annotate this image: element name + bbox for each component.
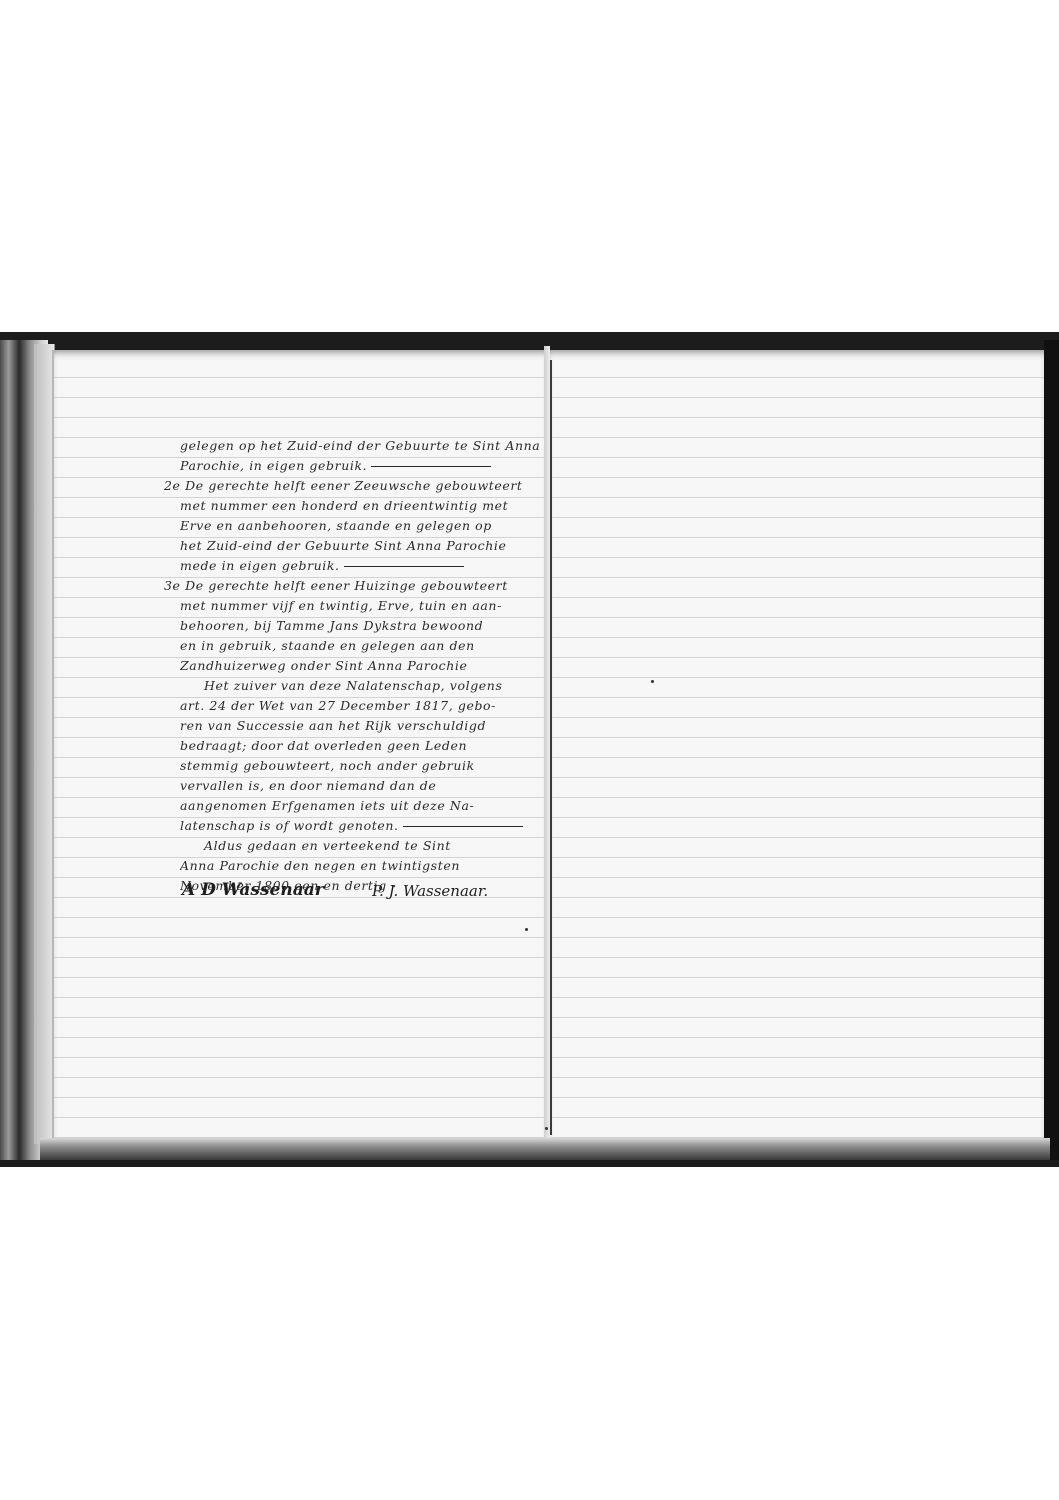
handwritten-line: Aldus gedaan en verteekend te Sint bbox=[180, 836, 552, 856]
line-text: Zandhuizerweg onder Sint Anna Parochie bbox=[180, 658, 467, 673]
line-text: bedraagt; door dat overleden geen Leden bbox=[180, 738, 467, 753]
line-text: Het zuiver van deze Nalatenschap, volgen… bbox=[204, 678, 502, 693]
handwritten-line: ren van Successie aan het Rijk verschuld… bbox=[180, 716, 552, 736]
handwritten-line: Zandhuizerweg onder Sint Anna Parochie bbox=[180, 656, 552, 676]
paper-speck bbox=[525, 928, 528, 931]
line-text: gelegen op het Zuid-eind der Gebuurte te… bbox=[180, 438, 540, 453]
signatures: A D Wassenaar P. J. Wassenaar. bbox=[182, 880, 542, 910]
handwritten-line: Het zuiver van deze Nalatenschap, volgen… bbox=[180, 676, 552, 696]
handwritten-line: met nummer een honderd en drieentwintig … bbox=[180, 496, 552, 516]
handwritten-line: aangenomen Erfgenamen iets uit deze Na- bbox=[180, 796, 552, 816]
handwritten-line: met nummer vijf en twintig, Erve, tuin e… bbox=[180, 596, 552, 616]
line-text: vervallen is, en door niemand dan de bbox=[180, 778, 436, 793]
handwritten-line: vervallen is, en door niemand dan de bbox=[180, 776, 552, 796]
line-text: met nummer een honderd en drieentwintig … bbox=[180, 498, 508, 513]
bottom-page-edge bbox=[40, 1138, 1050, 1160]
right-scan-edge bbox=[1044, 340, 1059, 1160]
handwritten-line: Erve en aanbehooren, staande en gelegen … bbox=[180, 516, 552, 536]
handwritten-line: 3e De gerechte helft eener Huizinge gebo… bbox=[164, 576, 552, 596]
handwritten-line: latenschap is of wordt genoten. bbox=[180, 816, 552, 836]
handwritten-line: gelegen op het Zuid-eind der Gebuurte te… bbox=[180, 436, 552, 456]
line-text: behooren, bij Tamme Jans Dykstra bewoond bbox=[180, 618, 483, 633]
line-text: art. 24 der Wet van 27 December 1817, ge… bbox=[180, 698, 496, 713]
handwritten-line: mede in eigen gebruik. bbox=[180, 556, 552, 576]
handwritten-line: stemmig gebouwteert, noch ander gebruik bbox=[180, 756, 552, 776]
right-page bbox=[550, 350, 1044, 1140]
line-text: en in gebruik, staande en gelegen aan de… bbox=[180, 638, 475, 653]
line-text: Aldus gedaan en verteekend te Sint bbox=[204, 838, 451, 853]
line-text: ren van Successie aan het Rijk verschuld… bbox=[180, 718, 486, 733]
ruled-lines bbox=[550, 350, 1044, 1140]
signature-2: P. J. Wassenaar. bbox=[372, 882, 488, 900]
line-text: met nummer vijf en twintig, Erve, tuin e… bbox=[180, 598, 502, 613]
paper-speck bbox=[651, 680, 654, 683]
line-text: Anna Parochie den negen en twintigsten bbox=[180, 858, 460, 873]
handwritten-line: het Zuid-eind der Gebuurte Sint Anna Par… bbox=[180, 536, 552, 556]
handwritten-line: 2e De gerechte helft eener Zeeuwsche geb… bbox=[164, 476, 552, 496]
handwritten-line: behooren, bij Tamme Jans Dykstra bewoond bbox=[180, 616, 552, 636]
line-text: mede in eigen gebruik. bbox=[180, 558, 340, 573]
line-text: aangenomen Erfgenamen iets uit deze Na- bbox=[180, 798, 474, 813]
paper-speck bbox=[545, 1127, 548, 1130]
line-text: stemmig gebouwteert, noch ander gebruik bbox=[180, 758, 475, 773]
line-text: Erve en aanbehooren, staande en gelegen … bbox=[180, 518, 492, 533]
signature-1: A D Wassenaar bbox=[182, 880, 324, 900]
line-text: 2e De gerechte helft eener Zeeuwsche geb… bbox=[164, 478, 523, 493]
line-text: Parochie, in eigen gebruik. bbox=[180, 458, 367, 473]
handwritten-line: Parochie, in eigen gebruik. bbox=[180, 456, 552, 476]
line-text: latenschap is of wordt genoten. bbox=[180, 818, 399, 833]
line-text: 3e De gerechte helft eener Huizinge gebo… bbox=[164, 578, 508, 593]
handwritten-line: en in gebruik, staande en gelegen aan de… bbox=[180, 636, 552, 656]
handwritten-entry: gelegen op het Zuid-eind der Gebuurte te… bbox=[180, 436, 552, 896]
line-filler-dash bbox=[371, 466, 491, 467]
line-filler-dash bbox=[344, 566, 464, 567]
handwritten-line: bedraagt; door dat overleden geen Leden bbox=[180, 736, 552, 756]
line-filler-dash bbox=[403, 826, 523, 827]
line-text: het Zuid-eind der Gebuurte Sint Anna Par… bbox=[180, 538, 506, 553]
handwritten-line: art. 24 der Wet van 27 December 1817, ge… bbox=[180, 696, 552, 716]
handwritten-line: Anna Parochie den negen en twintigsten bbox=[180, 856, 552, 876]
